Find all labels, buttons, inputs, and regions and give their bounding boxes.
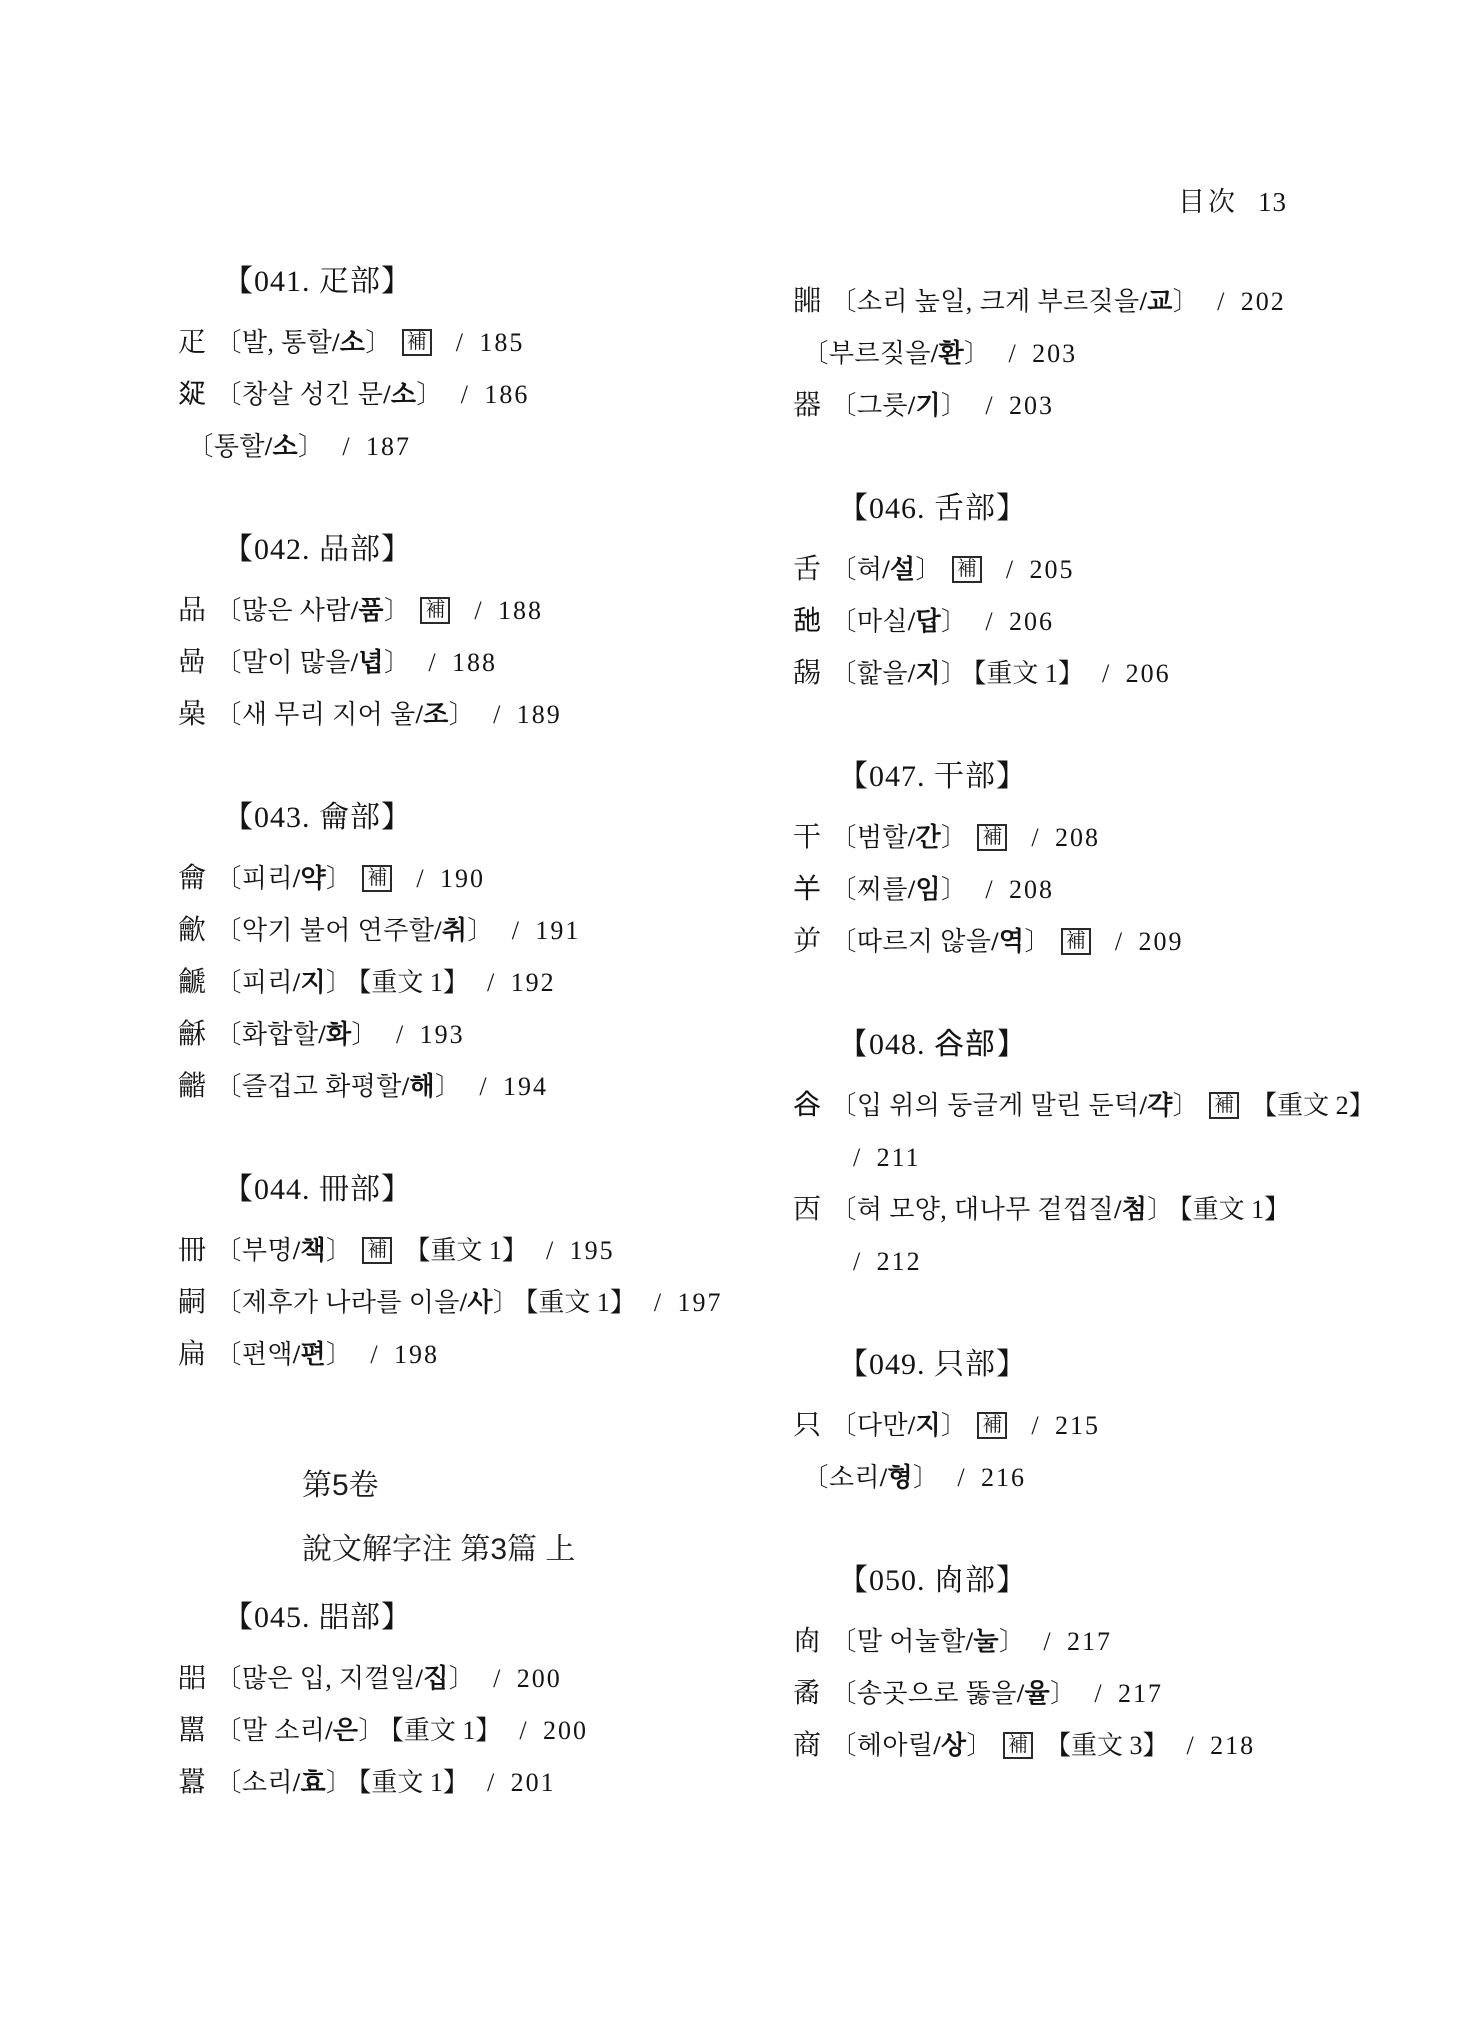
entry-gloss: 말이 많을 [242, 648, 351, 677]
gloss-reading-slash: / [882, 555, 890, 584]
toc-entry: 𠷓〔소리/형〕/216 [793, 1452, 1465, 1504]
entry-reading: 간 [915, 823, 941, 852]
toc-entry-line: 龤〔즐겁고 화평할/해〕/194 [178, 1061, 800, 1113]
entry-page-slash: / [370, 1340, 378, 1369]
gloss-bracket-close: 〕 [1173, 1091, 1199, 1120]
section-header: 【042. 品部】 [223, 531, 800, 569]
entry-gloss: 발, 통할 [242, 328, 332, 357]
toc-entry: 冊〔부명/책〕補【重文 1】/195 [178, 1225, 800, 1277]
entry-page-number: 186 [484, 380, 529, 409]
entry-gloss: 창살 성긴 문 [242, 380, 383, 409]
running-header: 目次13 [1178, 180, 1287, 219]
entry-hanja-char: 扁 [178, 1339, 206, 1370]
entry-page-slash: / [512, 916, 520, 945]
gloss-bracket-open: 〔 [830, 1731, 856, 1760]
entry-gloss: 송곳으로 뚫을 [857, 1679, 1017, 1708]
entry-page-number: 205 [1030, 555, 1075, 584]
gloss-bracket-open: 〔 [215, 328, 241, 357]
entry-hanja-char: 𢆉 [793, 874, 821, 905]
toc-entry-line: 嗣〔제후가 나라를 이을/사〕【重文 1】/197 [178, 1277, 800, 1329]
toc-entry-line: 舌〔혀/설〕補/205 [793, 544, 1465, 596]
gloss-bracket-open: 〔 [830, 1627, 856, 1656]
entry-page-slash: / [1186, 1731, 1194, 1760]
toc-entry-line: 舓〔핥을/지〕【重文 1】/206 [793, 648, 1465, 700]
toc-entry: 只〔다만/지〕補/215 [793, 1400, 1465, 1452]
entry-page-number: 187 [366, 432, 411, 461]
toc-entry: 嗣〔제후가 나라를 이을/사〕【重文 1】/197 [178, 1277, 800, 1329]
toc-entry-continuation-line: /211 [793, 1132, 1465, 1184]
gloss-bracket-open: 〔 [187, 432, 213, 461]
toc-entry-line: 扁〔편액/편〕/198 [178, 1329, 800, 1381]
toc-entry-line: 𤕟〔창살 성긴 문/소〕/186 [178, 369, 800, 421]
gloss-bracket-close: 〕 [916, 555, 942, 584]
gloss-bracket-open: 〔 [830, 607, 856, 636]
entry-gloss: 소리 [829, 1463, 880, 1492]
jungmun-mark: 【重文 3】 [1045, 1731, 1169, 1760]
entry-gloss: 혀 [857, 555, 883, 584]
entry-gloss: 입 위의 둥글게 말린 둔덕 [857, 1091, 1140, 1120]
entry-gloss: 제후가 나라를 이을 [242, 1288, 460, 1317]
entry-reading: 눌 [973, 1627, 999, 1656]
bo-supplement-mark: 補 [420, 597, 450, 624]
entry-page-slash: / [493, 700, 501, 729]
entry-hanja-char: 龠 [178, 863, 206, 894]
toc-entry-line: 器〔그릇/기〕/203 [793, 380, 1465, 432]
entry-gloss: 헤아릴 [857, 1731, 934, 1760]
gloss-bracket-close: 〕 [493, 1288, 519, 1317]
entry-page-slash: / [493, 1664, 501, 1693]
gloss-bracket-close: 〕 [326, 1768, 352, 1797]
entry-page-slash: / [546, 1236, 554, 1265]
entry-hanja-char: 𦧇 [793, 606, 821, 637]
entry-gloss: 부명 [242, 1236, 293, 1265]
entry-reading: 답 [915, 607, 941, 636]
toc-entry-line: 㗊〔많은 입, 지껄일/집〕/200 [178, 1653, 800, 1705]
gloss-bracket-close: 〕 [326, 1340, 352, 1369]
entry-reading: 취 [442, 916, 468, 945]
toc-entry-line: 商〔헤아릴/상〕補【重文 3】/218 [793, 1720, 1465, 1772]
bo-supplement-mark: 補 [977, 824, 1007, 851]
entry-page-number: 203 [1009, 391, 1054, 420]
entry-page-number: 218 [1210, 1731, 1255, 1760]
toc-entry: 品〔많은 사람/품〕補/188 [178, 585, 800, 637]
volume-heading: 第5卷說文解字注 第3篇 上 [302, 1465, 800, 1571]
bo-supplement-mark: 補 [977, 1412, 1007, 1439]
entry-reading: 품 [358, 596, 384, 625]
toc-entry: 𠽸〔부르짖을/환〕/203 [793, 328, 1465, 380]
entry-hanja-char: 嘂 [793, 286, 821, 317]
jungmun-mark: 【重文 1】 [973, 659, 1084, 688]
entry-reading: 편 [300, 1340, 326, 1369]
entry-hanja-char: 疋 [178, 327, 206, 358]
jungmun-mark: 【重文 1】 [391, 1716, 502, 1745]
gloss-bracket-open: 〔 [830, 391, 856, 420]
entry-hanja-char: 舓 [793, 658, 821, 689]
entry-page-number: 215 [1055, 1411, 1100, 1440]
gloss-bracket-open: 〔 [830, 927, 856, 956]
entry-reading: 지 [915, 659, 941, 688]
gloss-reading-slash: / [332, 328, 340, 357]
toc-entry-line: 龠〔피리/약〕補/190 [178, 853, 800, 905]
toc-entry-line: 喦〔말이 많을/녑〕/188 [178, 637, 800, 689]
toc-entry: 器〔그릇/기〕/203 [793, 380, 1465, 432]
entry-gloss: 부르짖을 [829, 339, 931, 368]
entry-page-slash: / [479, 1072, 487, 1101]
gloss-bracket-open: 〔 [830, 875, 856, 904]
entry-page-number: 185 [479, 328, 524, 357]
section-header: 【045. 㗊部】 [223, 1599, 800, 1637]
entry-page-slash: / [456, 328, 464, 357]
entry-page-number: 208 [1055, 823, 1100, 852]
entry-hanja-char: 商 [793, 1730, 821, 1761]
gloss-bracket-open: 〔 [830, 823, 856, 852]
gloss-bracket-close: 〕 [449, 700, 475, 729]
gloss-bracket-open: 〔 [215, 1288, 241, 1317]
bo-supplement-mark: 補 [402, 329, 432, 356]
toc-entry-line: 𦧇〔마실/답〕/206 [793, 596, 1465, 648]
entry-page-number: 217 [1118, 1679, 1163, 1708]
entry-reading: 지 [915, 1411, 941, 1440]
gloss-bracket-close: 〕 [467, 916, 493, 945]
gloss-bracket-open: 〔 [215, 968, 241, 997]
gloss-bracket-close: 〕 [967, 1731, 993, 1760]
toc-entry-line: 干〔범할/간〕補/208 [793, 812, 1465, 864]
entry-reading: 소 [391, 380, 417, 409]
toc-entry: 屰〔따르지 않을/역〕補/209 [793, 916, 1465, 968]
entry-page-number: 195 [570, 1236, 615, 1265]
entry-reading: 화 [326, 1020, 352, 1049]
toc-entry: 喦〔말이 많을/녑〕/188 [178, 637, 800, 689]
toc-entry-line: 嚚〔말 소리/은〕【重文 1】/200 [178, 1705, 800, 1757]
toc-entry: 嘂〔소리 높일, 크게 부르짖을/교〕/202 [793, 276, 1465, 328]
entry-reading: 소 [340, 328, 366, 357]
toc-entry-line: 喿〔새 무리 지어 울/조〕/189 [178, 689, 800, 741]
entry-page-slash: / [487, 968, 495, 997]
entry-hanja-char: 嗣 [178, 1287, 206, 1318]
toc-entry: 嚚〔말 소리/은〕【重文 1】/200 [178, 1705, 800, 1757]
bo-supplement-mark: 補 [952, 556, 982, 583]
entry-page-slash: / [487, 1768, 495, 1797]
gloss-bracket-close: 〕 [435, 1072, 461, 1101]
toc-entry-line: 品〔많은 사람/품〕補/188 [178, 585, 800, 637]
gloss-reading-slash: / [1114, 1195, 1122, 1224]
gloss-reading-slash: / [991, 927, 999, 956]
toc-entry-line: 䶵〔피리/지〕【重文 1】/192 [178, 957, 800, 1009]
entry-reading: 첨 [1122, 1195, 1148, 1224]
toc-entry-line: 𧮫〔입 위의 둥글게 말린 둔덕/갹〕補【重文 2】 [793, 1080, 1465, 1132]
entry-page-slash: / [1006, 555, 1014, 584]
entry-page-slash: / [474, 596, 482, 625]
entry-gloss: 즐겁고 화평할 [242, 1072, 402, 1101]
volume-heading-line: 說文解字注 第3篇 上 [302, 1529, 800, 1571]
gloss-bracket-close: 〕 [358, 1716, 384, 1745]
entry-gloss: 따르지 않을 [857, 927, 991, 956]
entry-gloss: 찌를 [857, 875, 908, 904]
entry-page-number: 206 [1126, 659, 1171, 688]
gloss-bracket-open: 〔 [215, 864, 241, 893]
entry-hanja-char: 干 [793, 822, 821, 853]
toc-entry: 㗊〔많은 입, 지껄일/집〕/200 [178, 1653, 800, 1705]
entry-page-number: 192 [511, 968, 556, 997]
toc-entry: 𧮫〔입 위의 둥글게 말린 둔덕/갹〕補【重文 2】/211 [793, 1080, 1465, 1184]
toc-entry: 龤〔즐겁고 화평할/해〕/194 [178, 1061, 800, 1113]
entry-gloss: 핥을 [857, 659, 908, 688]
entry-reading: 설 [890, 555, 916, 584]
entry-gloss: 다만 [857, 1411, 908, 1440]
running-header-page-number: 13 [1258, 187, 1287, 217]
entry-gloss: 그릇 [857, 391, 908, 420]
entry-reading: 약 [300, 864, 326, 893]
gloss-bracket-close: 〕 [1147, 1195, 1173, 1224]
entry-reading: 효 [300, 1768, 326, 1797]
entry-page-slash: / [396, 1020, 404, 1049]
toc-column-right: 嘂〔소리 높일, 크게 부르짖을/교〕/202𠽸〔부르짖을/환〕/203器〔그릇… [793, 276, 1465, 1772]
entry-reading: 갹 [1147, 1091, 1173, 1120]
entry-reading: 상 [941, 1731, 967, 1760]
jungmun-mark: 【重文 1】 [1180, 1195, 1291, 1224]
gloss-bracket-close: 〕 [326, 864, 352, 893]
entry-gloss: 많은 사람 [242, 596, 351, 625]
volume-heading-line: 第5卷 [302, 1465, 800, 1507]
toc-entry: 疋〔발, 통할/소〕補/185 [178, 317, 800, 369]
bo-supplement-mark: 補 [362, 1237, 392, 1264]
toc-entry-line: 疋〔발, 통할/소〕補/185 [178, 317, 800, 369]
toc-entry-line: 嘂〔소리 높일, 크게 부르짖을/교〕/202 [793, 276, 1465, 328]
entry-page-slash: / [1031, 1411, 1039, 1440]
gloss-bracket-open: 〔 [215, 700, 241, 729]
entry-reading: 형 [887, 1463, 913, 1492]
entry-page-number: 200 [543, 1716, 588, 1745]
entry-page-number: 188 [452, 648, 497, 677]
gloss-bracket-open: 〔 [215, 1020, 241, 1049]
toc-entry-line: 冊〔부명/책〕補【重文 1】/195 [178, 1225, 800, 1277]
gloss-bracket-open: 〔 [830, 555, 856, 584]
entry-page-slash: / [1008, 339, 1016, 368]
entry-hanja-char: 囂 [178, 1767, 206, 1798]
toc-entry: 𢆉〔찌를/임〕/208 [793, 864, 1465, 916]
entry-page-number: 216 [981, 1463, 1026, 1492]
entry-page-number: 198 [394, 1340, 439, 1369]
entry-page-number: 188 [498, 596, 543, 625]
gloss-bracket-close: 〕 [384, 648, 410, 677]
entry-hanja-char: 喦 [178, 647, 206, 678]
section-header: 【046. 舌部】 [838, 490, 1465, 528]
entry-page-slash: / [957, 1463, 965, 1492]
entry-gloss: 악기 불어 연주할 [242, 916, 434, 945]
section-header: 【049. 只部】 [838, 1346, 1465, 1384]
gloss-bracket-close: 〕 [326, 968, 352, 997]
entry-hanja-char: 龢 [178, 1019, 206, 1050]
gloss-bracket-close: 〕 [941, 659, 967, 688]
entry-gloss: 새 무리 지어 울 [242, 700, 416, 729]
gloss-reading-slash: / [383, 380, 391, 409]
gloss-bracket-open: 〔 [215, 648, 241, 677]
toc-entry: 㐁〔혀 모양, 대나무 겉껍질/첨〕【重文 1】/212 [793, 1184, 1465, 1288]
entry-reading: 율 [1024, 1679, 1050, 1708]
entry-gloss: 피리 [242, 864, 293, 893]
bo-supplement-mark: 補 [1061, 928, 1091, 955]
gloss-bracket-close: 〕 [326, 1236, 352, 1265]
toc-entry-line: 𠷓〔소리/형〕/216 [793, 1452, 1465, 1504]
entry-page-number: 190 [440, 864, 485, 893]
entry-reading: 교 [1147, 287, 1173, 316]
entry-page-slash: / [1094, 1679, 1102, 1708]
toc-entry: 龢〔화합할/화〕/193 [178, 1009, 800, 1061]
entry-page-number: 194 [503, 1072, 548, 1101]
gloss-bracket-open: 〔 [802, 1463, 828, 1492]
bo-supplement-mark: 補 [1003, 1732, 1033, 1759]
section-header: 【047. 干部】 [838, 758, 1465, 796]
entry-reading: 환 [939, 339, 965, 368]
entry-page-slash: / [985, 391, 993, 420]
bo-supplement-mark: 補 [1209, 1092, 1239, 1119]
gloss-bracket-close: 〕 [964, 339, 990, 368]
entry-hanja-char: 㗊 [178, 1663, 206, 1694]
toc-entry-line: 𠽸〔부르짖을/환〕/203 [793, 328, 1465, 380]
jungmun-mark: 【重文 1】 [525, 1288, 636, 1317]
jungmun-mark: 【重文 1】 [358, 968, 469, 997]
gloss-bracket-open: 〔 [215, 1768, 241, 1797]
toc-entry: 喿〔새 무리 지어 울/조〕/189 [178, 689, 800, 741]
entry-reading: 지 [300, 968, 326, 997]
toc-entry: 𤕟〔창살 성긴 문/소〕/186 [178, 369, 800, 421]
toc-entry-line: 屰〔따르지 않을/역〕補/209 [793, 916, 1465, 968]
entry-gloss: 많은 입, 지껄일 [242, 1664, 416, 1693]
toc-page: 目次13 【041. 疋部】疋〔발, 통할/소〕補/185𤕟〔창살 성긴 문/소… [0, 0, 1480, 2024]
entry-hanja-char: 㕯 [793, 1626, 821, 1657]
gloss-bracket-close: 〕 [449, 1664, 475, 1693]
entry-page-number: 203 [1032, 339, 1077, 368]
entry-page-number: 212 [877, 1247, 922, 1276]
entry-hanja-char: 舌 [793, 554, 821, 585]
entry-gloss: 혀 모양, 대나무 겉껍질 [857, 1195, 1114, 1224]
toc-entry: 𦧇〔마실/답〕/206 [793, 596, 1465, 648]
entry-page-slash: / [853, 1143, 861, 1172]
entry-hanja-char: 䶵 [178, 967, 206, 998]
entry-page-slash: / [985, 875, 993, 904]
entry-gloss: 편액 [242, 1340, 293, 1369]
entry-reading: 소 [272, 432, 298, 461]
section-header: 【050. 㕯部】 [838, 1562, 1465, 1600]
entry-page-number: 200 [517, 1664, 562, 1693]
entry-hanja-char: 龡 [178, 915, 206, 946]
toc-entry-line: 㐁〔혀 모양, 대나무 겉껍질/첨〕【重文 1】 [793, 1184, 1465, 1236]
entry-page-slash: / [1031, 823, 1039, 852]
entry-hanja-char: 矞 [793, 1678, 821, 1709]
toc-entry-line: 只〔다만/지〕補/215 [793, 1400, 1465, 1452]
gloss-bracket-open: 〔 [215, 1716, 241, 1745]
gloss-bracket-open: 〔 [215, 1072, 241, 1101]
entry-page-slash: / [519, 1716, 527, 1745]
section-header: 【041. 疋部】 [223, 263, 800, 301]
entry-reading: 은 [333, 1716, 359, 1745]
entry-reading: 집 [423, 1664, 449, 1693]
entry-gloss: 말 소리 [242, 1716, 325, 1745]
gloss-reading-slash: / [318, 1020, 326, 1049]
toc-entry: 扁〔편액/편〕/198 [178, 1329, 800, 1381]
toc-entry-line: 𢆉〔찌를/임〕/208 [793, 864, 1465, 916]
jungmun-mark: 【重文 2】 [1251, 1091, 1375, 1120]
bo-supplement-mark: 補 [362, 865, 392, 892]
gloss-bracket-open: 〔 [830, 287, 856, 316]
entry-hanja-char: 𧮫 [793, 1090, 821, 1121]
jungmun-mark: 【重文 1】 [404, 1236, 528, 1265]
toc-entry: 舓〔핥을/지〕【重文 1】/206 [793, 648, 1465, 700]
section-header: 【044. 冊部】 [223, 1171, 800, 1209]
section-header: 【048. 𧮫部】 [838, 1026, 1465, 1064]
entry-hanja-char: 只 [793, 1410, 821, 1441]
entry-hanja-char: 冊 [178, 1235, 206, 1266]
entry-page-slash: / [461, 380, 469, 409]
entry-gloss: 말 어눌할 [857, 1627, 966, 1656]
gloss-reading-slash: / [933, 1731, 941, 1760]
entry-page-number: 189 [517, 700, 562, 729]
gloss-bracket-close: 〕 [416, 380, 442, 409]
toc-entry: 囂〔소리/효〕【重文 1】/201 [178, 1757, 800, 1809]
gloss-bracket-close: 〕 [913, 1463, 939, 1492]
toc-entry-line: 矞〔송곳으로 뚫을/율〕/217 [793, 1668, 1465, 1720]
toc-entry: 㕯〔말 어눌할/눌〕/217 [793, 1616, 1465, 1668]
entry-gloss: 소리 [242, 1768, 293, 1797]
gloss-bracket-open: 〔 [215, 1664, 241, 1693]
entry-reading: 임 [915, 875, 941, 904]
gloss-bracket-close: 〕 [999, 1627, 1025, 1656]
entry-reading: 역 [999, 927, 1025, 956]
gloss-bracket-open: 〔 [215, 380, 241, 409]
entry-page-slash: / [428, 648, 436, 677]
gloss-bracket-close: 〕 [384, 596, 410, 625]
gloss-bracket-open: 〔 [215, 916, 241, 945]
toc-entry-line: 𤴕〔통할/소〕/187 [178, 421, 800, 473]
entry-hanja-char: 器 [793, 390, 821, 421]
entry-page-number: 193 [420, 1020, 465, 1049]
gloss-bracket-close: 〕 [941, 607, 967, 636]
gloss-bracket-close: 〕 [352, 1020, 378, 1049]
entry-page-number: 211 [877, 1143, 921, 1172]
toc-entry: 干〔범할/간〕補/208 [793, 812, 1465, 864]
gloss-reading-slash: / [931, 339, 939, 368]
gloss-bracket-close: 〕 [298, 432, 324, 461]
toc-entry: 龡〔악기 불어 연주할/취〕/191 [178, 905, 800, 957]
entry-reading: 조 [423, 700, 449, 729]
entry-hanja-char: 品 [178, 595, 206, 626]
entry-reading: 기 [915, 391, 941, 420]
toc-entry: 䶵〔피리/지〕【重文 1】/192 [178, 957, 800, 1009]
gloss-bracket-close: 〕 [941, 1411, 967, 1440]
gloss-bracket-open: 〔 [830, 1679, 856, 1708]
entry-page-number: 197 [677, 1288, 722, 1317]
entry-page-slash: / [1102, 659, 1110, 688]
entry-page-slash: / [1043, 1627, 1051, 1656]
running-header-title: 目次 [1178, 187, 1238, 217]
gloss-bracket-close: 〕 [1173, 287, 1199, 316]
toc-entry: 商〔헤아릴/상〕補【重文 3】/218 [793, 1720, 1465, 1772]
entry-gloss: 통할 [214, 432, 265, 461]
gloss-bracket-open: 〔 [802, 339, 828, 368]
gloss-bracket-close: 〕 [1050, 1679, 1076, 1708]
toc-entry: 矞〔송곳으로 뚫을/율〕/217 [793, 1668, 1465, 1720]
toc-column-left: 【041. 疋部】疋〔발, 통할/소〕補/185𤕟〔창살 성긴 문/소〕/186… [178, 263, 800, 1809]
entry-gloss: 소리 높일, 크게 부르짖을 [857, 287, 1140, 316]
entry-page-slash: / [1217, 287, 1225, 316]
entry-page-slash: / [342, 432, 350, 461]
gloss-bracket-open: 〔 [215, 1340, 241, 1369]
gloss-bracket-open: 〔 [830, 1195, 856, 1224]
toc-entry-line: 龢〔화합할/화〕/193 [178, 1009, 800, 1061]
entry-page-number: 202 [1241, 287, 1286, 316]
gloss-bracket-close: 〕 [365, 328, 391, 357]
gloss-bracket-open: 〔 [215, 1236, 241, 1265]
